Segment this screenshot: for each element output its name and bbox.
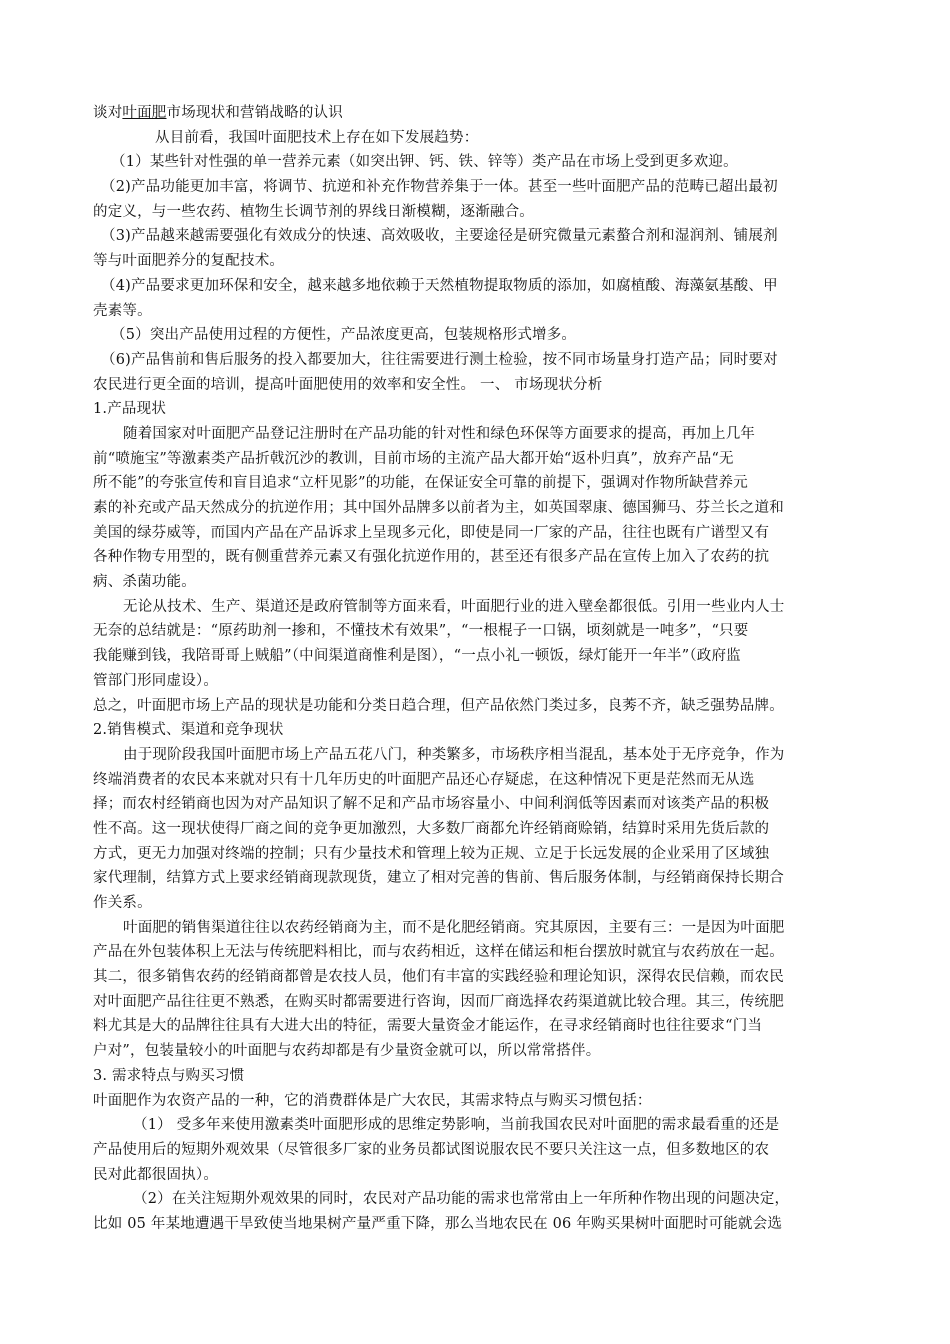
text-line: 所不能”的夸张宣传和盲目追求“立杆见影”的功能，在保证安全可靠的前提下，强调对作… (93, 471, 863, 496)
text-line: 无奈的总结就是：“原药助剂一掺和，不懂技术有效果”，“一根棍子一口锅，顷刻就是一… (93, 619, 863, 644)
text-line: 管部门形同虚设）。 (93, 669, 863, 694)
text-line: 病、杀菌功能。 (93, 570, 863, 595)
text-line: （3)产品越来越需要强化有效成分的快速、高效吸收，主要途径是研究微量元素螯合剂和… (93, 224, 863, 249)
text-line: 随着国家对叶面肥产品登记注册时在产品功能的针对性和绿色环保等方面要求的提高，再加… (93, 422, 863, 447)
text-line: 1.产品现状 (93, 397, 863, 422)
text-line: （5）突出产品使用过程的方便性，产品浓度更高，包装规格形式增多。 (93, 323, 863, 348)
text-line: 叶面肥作为农资产品的一种，它的消费群体是广大农民，其需求特点与购买习惯包括： (93, 1089, 863, 1114)
text-line: 民对此都很固执）。 (93, 1163, 863, 1188)
text-line: 3. 需求特点与购买习惯 (93, 1064, 863, 1089)
text-line: （2）在关注短期外观效果的同时，农民对产品功能的需求也常常由上一年所种作物出现的… (93, 1187, 863, 1212)
title-suffix: 市场现状和营销战略的认识 (167, 105, 343, 121)
text-line: 我能赚到钱，我陪哥哥上贼船”（中间渠道商惟利是图），“一点小礼一顿饭，绿灯能开一… (93, 644, 863, 669)
text-line: （6)产品售前和售后服务的投入都要加大，往往需要进行测土检验，按不同市场量身打造… (93, 348, 863, 373)
text-line: 性不高。这一现状使得厂商之间的竞争更加激烈，大多数厂商都允许经销商赊销，结算时采… (93, 817, 863, 842)
text-line: 比如 05 年某地遭遇干旱致使当地果树产量严重下降，那么当地农民在 06 年购买… (93, 1212, 863, 1237)
text-line: 农民进行更全面的培训，提高叶面肥使用的效率和安全性。 一、 市场现状分析 (93, 373, 863, 398)
text-line: 方式，更无力加强对终端的控制；只有少量技术和管理上较为正规、立足于长远发展的企业… (93, 842, 863, 867)
document-body: 从目前看，我国叶面肥技术上存在如下发展趋势：（1）某些针对性强的单一营养元素（如… (93, 126, 863, 1237)
text-line: 从目前看，我国叶面肥技术上存在如下发展趋势： (93, 126, 863, 151)
text-line: 户对”，包装量较小的叶面肥与农药却都是有少量资金就可以，所以常常搭伴。 (93, 1039, 863, 1064)
text-line: 产品在外包装体积上无法与传统肥料相比，而与农药相近，这样在储运和柜台摆放时就宜与… (93, 940, 863, 965)
text-line: 其二，很多销售农药的经销商都曾是农技人员，他们有丰富的实践经验和理论知识，深得农… (93, 965, 863, 990)
text-line: （4)产品要求更加环保和安全，越来越多地依赖于天然植物提取物质的添加，如腐植酸、… (93, 274, 863, 299)
document-page: 谈对叶面肥市场现状和营销战略的认识 从目前看，我国叶面肥技术上存在如下发展趋势：… (93, 101, 863, 1237)
text-line: 的定义，与一些农药、植物生长调节剂的界线日渐模糊，逐渐融合。 (93, 200, 863, 225)
text-line: （2)产品功能更加丰富，将调节、抗逆和补充作物营养集于一体。甚至一些叶面肥产品的… (93, 175, 863, 200)
text-line: （1）某些针对性强的单一营养元素（如突出钾、钙、铁、锌等）类产品在市场上受到更多… (93, 150, 863, 175)
text-line: 前“喷施宝”等激素类产品折戟沉沙的教训，目前市场的主流产品大都开始“返朴归真”，… (93, 447, 863, 472)
document-title: 谈对叶面肥市场现状和营销战略的认识 (93, 101, 863, 126)
text-line: 终端消费者的农民本来就对只有十几年历史的叶面肥产品还心存疑虑，在这种情况下更是茫… (93, 768, 863, 793)
text-line: （1） 受多年来使用激素类叶面肥形成的思维定势影响，当前我国农民对叶面肥的需求最… (93, 1113, 863, 1138)
text-line: 择；而农村经销商也因为对产品知识了解不足和产品市场容量小、中间利润低等因素而对该… (93, 792, 863, 817)
text-line: 各种作物专用型的，既有侧重营养元素又有强化抗逆作用的，甚至还有很多产品在宣传上加… (93, 545, 863, 570)
text-line: 无论从技术、生产、渠道还是政府管制等方面来看，叶面肥行业的进入壁垒都很低。引用一… (93, 595, 863, 620)
text-line: 家代理制，结算方式上要求经销商现款现货，建立了相对完善的售前、售后服务体制，与经… (93, 866, 863, 891)
text-line: 美国的绿芬威等，而国内产品在产品诉求上呈现多元化，即使是同一厂家的产品，往往也既… (93, 521, 863, 546)
text-line: 对叶面肥产品往往更不熟悉，在购买时都需要进行咨询，因而厂商选择农药渠道就比较合理… (93, 990, 863, 1015)
text-line: 产品使用后的短期外观效果（尽管很多厂家的业务员都试图说服农民不要只关注这一点，但… (93, 1138, 863, 1163)
text-line: 壳素等。 (93, 299, 863, 324)
title-keyword-link[interactable]: 叶面肥 (122, 105, 166, 121)
title-prefix: 谈对 (93, 105, 122, 121)
text-line: 总之，叶面肥市场上产品的现状是功能和分类日趋合理，但产品依然门类过多，良莠不齐，… (93, 694, 863, 719)
text-line: 料尤其是大的品牌往往具有大进大出的特征，需要大量资金才能运作，在寻求经销商时也往… (93, 1014, 863, 1039)
text-line: 2.销售模式、渠道和竞争现状 (93, 718, 863, 743)
text-line: 作关系。 (93, 891, 863, 916)
text-line: 等与叶面肥养分的复配技术。 (93, 249, 863, 274)
text-line: 叶面肥的销售渠道往往以农药经销商为主，而不是化肥经销商。究其原因，主要有三：一是… (93, 916, 863, 941)
text-line: 由于现阶段我国叶面肥市场上产品五花八门，种类繁多，市场秩序相当混乱，基本处于无序… (93, 743, 863, 768)
text-line: 素的补充或产品天然成分的抗逆作用；其中国外品牌多以前者为主，如英国翠康、德国狮马… (93, 496, 863, 521)
